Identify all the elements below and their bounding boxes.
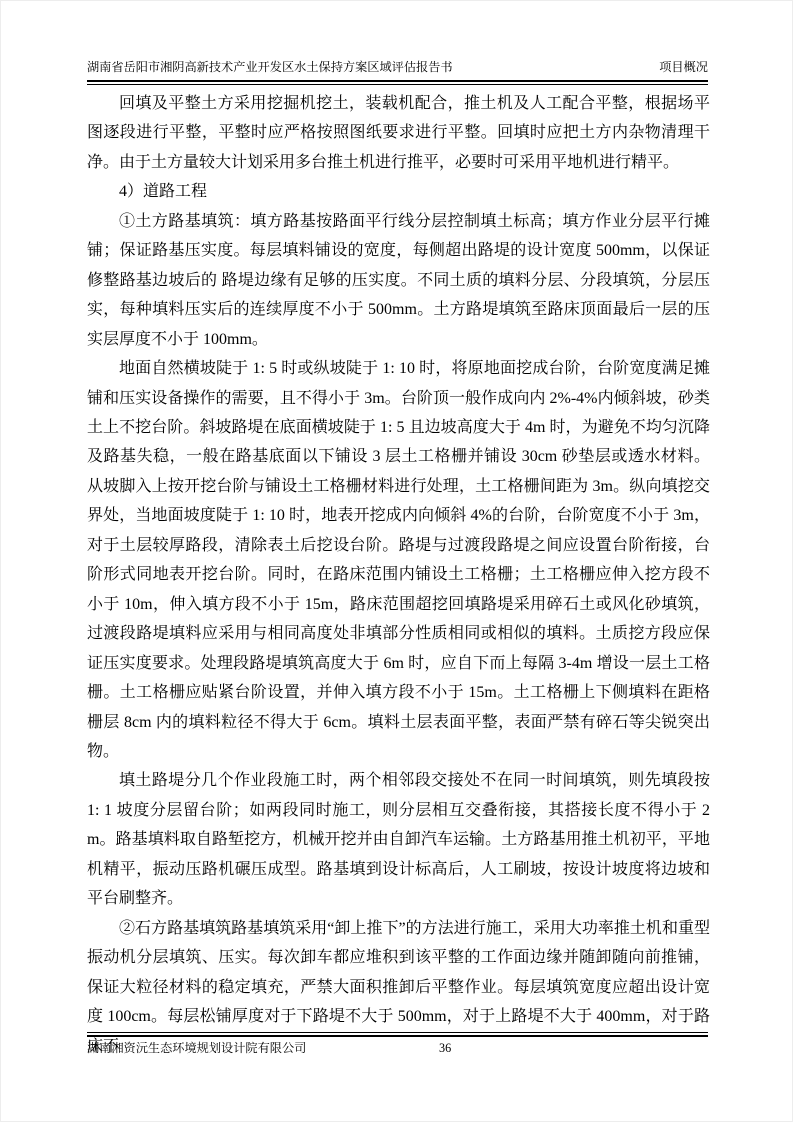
header-section-title: 项目概况 <box>659 59 708 76</box>
footer-rule-thick-line <box>87 1035 708 1037</box>
body-paragraph-slope-steps-geogrid: 地面自然横坡陡于 1: 5 时或纵坡陡于 1: 10 时，将原地面挖成台阶，台阶… <box>87 354 710 766</box>
footer-company: 湖南湘资沅生态环境规划设计院有限公司 <box>87 1040 306 1057</box>
header-rule-thin-line <box>87 84 708 85</box>
header-rule-thick-line <box>87 80 708 82</box>
header-report-title: 湖南省岳阳市湘阴高新技术产业开发区水土保持方案区域评估报告书 <box>87 59 453 76</box>
body-heading-road-works: 4）道路工程 <box>87 177 710 206</box>
body-paragraph-backfill-leveling: 回填及平整土方采用挖掘机挖土，装载机配合，推土机及人工配合平整，根据场平图逐段进… <box>87 89 710 177</box>
page-number: 36 <box>439 1040 451 1057</box>
footer-rule-thin-line <box>87 1032 708 1033</box>
body-paragraph-earth-subgrade-filling: ①土方路基填筑：填方路基按路面平行线分层控制填土标高；填方作业分层平行摊铺；保证… <box>87 207 710 354</box>
document-page: 湖南省岳阳市湘阴高新技术产业开发区水土保持方案区域评估报告书 项目概况 回填及平… <box>0 0 793 1122</box>
body-paragraph-embankment-sections: 填土路堤分几个作业段施工时，两个相邻段交接处不在同一时间填筑，则先填段按 1: … <box>87 766 710 913</box>
header-rule <box>87 80 708 85</box>
body-paragraph-rock-subgrade-filling: ②石方路基填筑路基填筑采用“卸上推下”的方法进行施工，采用大功率推土机和重型振动… <box>87 914 710 1061</box>
footer-rule <box>87 1032 708 1037</box>
page-header: 湖南省岳阳市湘阴高新技术产业开发区水土保持方案区域评估报告书 项目概况 <box>87 59 708 76</box>
document-body: 回填及平整土方采用挖掘机挖土，装载机配合，推土机及人工配合平整，根据场平图逐段进… <box>87 89 710 1061</box>
